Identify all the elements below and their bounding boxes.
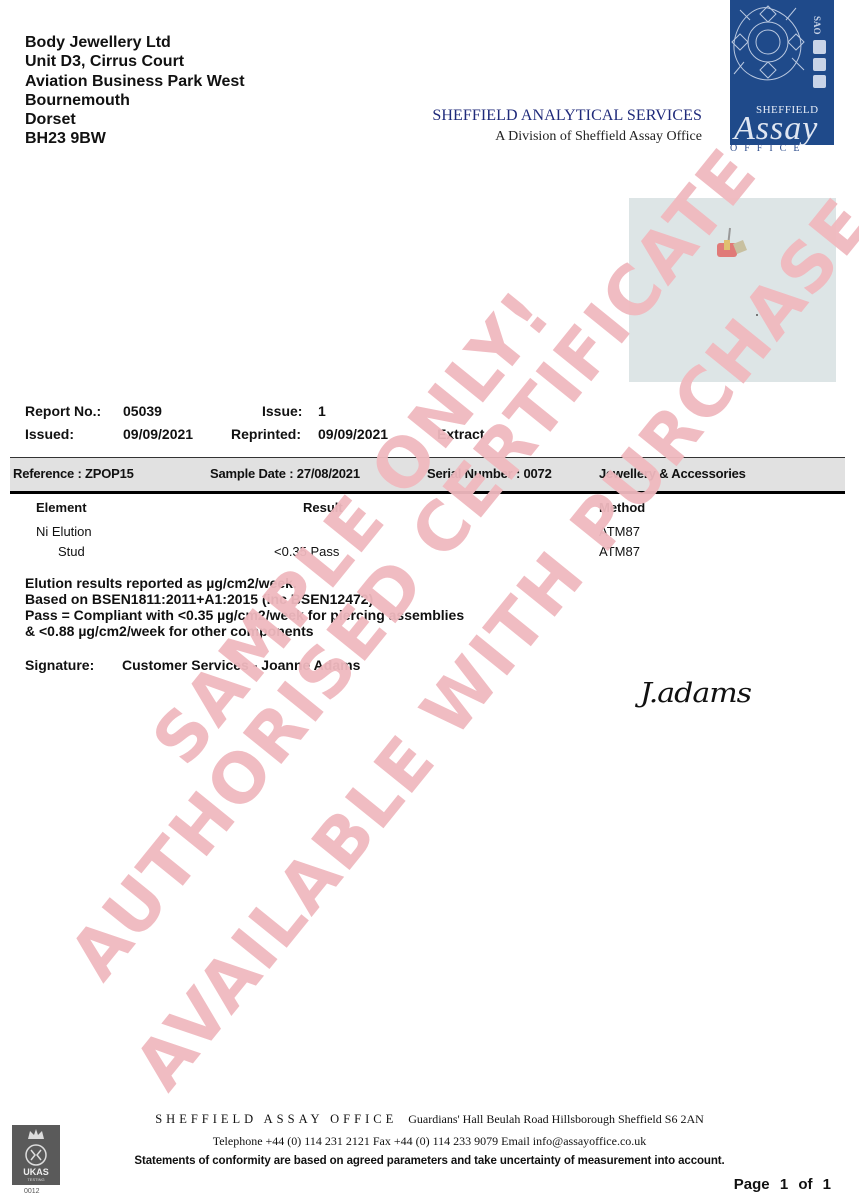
issued-value: 09/09/2021 <box>123 426 193 442</box>
footer-address: SHEFFIELD ASSAY OFFICE Guardians' Hall B… <box>0 1112 859 1127</box>
note-line: Pass = Compliant with <0.35 µg/cm2/week … <box>25 607 464 623</box>
issue-label: Issue: <box>262 403 302 419</box>
footer-org: SHEFFIELD ASSAY OFFICE <box>155 1112 397 1126</box>
signature-label: Signature: <box>25 657 94 673</box>
row-method: ATM87 <box>599 524 640 539</box>
row-result: <0.35 Pass <box>274 544 339 559</box>
handwritten-signature: J.adams <box>640 678 751 710</box>
note-line: Elution results reported as µg/cm2/week. <box>25 575 464 591</box>
page-number: Page 1 of 1 <box>734 1176 831 1193</box>
address-line: Dorset <box>25 110 245 129</box>
lab-division: A Division of Sheffield Assay Office <box>495 129 702 145</box>
header-result: Result <box>303 500 343 515</box>
svg-text:TESTING: TESTING <box>27 1177 44 1182</box>
sample-photo <box>629 198 836 382</box>
footer-address-text: Guardians' Hall Beulah Road Hillsborough… <box>408 1112 704 1126</box>
reference-band: Reference : ZPOP15 Sample Date : 27/08/2… <box>10 457 845 494</box>
row-element: Ni Elution <box>36 524 92 539</box>
logo-assay-text: Assay <box>734 110 818 145</box>
svg-text:UKAS: UKAS <box>23 1167 49 1177</box>
footer-contact: Telephone +44 (0) 114 231 2121 Fax +44 (… <box>0 1134 859 1149</box>
report-no-label: Report No.: <box>25 403 101 419</box>
row-element: Stud <box>58 544 85 559</box>
recipient-address: Body Jewellery Ltd Unit D3, Cirrus Court… <box>25 33 245 149</box>
row-method: ATM87 <box>599 544 640 559</box>
address-line: Aviation Business Park West <box>25 72 245 91</box>
issue-value: 1 <box>318 403 326 419</box>
reprinted-label: Reprinted: <box>231 426 301 442</box>
category: Jewellery & Accessories <box>599 466 746 481</box>
reference: Reference : ZPOP15 <box>13 466 134 481</box>
watermark-line: SAMPLE ONLY! <box>138 276 567 780</box>
reprinted-value: 09/09/2021 <box>318 426 388 442</box>
signature-signer: Customer Services - Joanne Adams <box>122 657 360 673</box>
report-type: Extract <box>437 426 484 442</box>
address-line: BH23 9BW <box>25 129 245 148</box>
ukas-number: 0012 <box>24 1188 40 1195</box>
notes: Elution results reported as µg/cm2/week.… <box>25 575 464 639</box>
sample-date: Sample Date : 27/08/2021 <box>210 466 360 481</box>
address-line: Unit D3, Cirrus Court <box>25 52 245 71</box>
note-line: Based on BSEN1811:2011+A1:2015 (inc BSEN… <box>25 591 464 607</box>
tudor-rose-icon: SAO <box>730 0 834 110</box>
serial-number: Serial Number : 0072 <box>427 466 552 481</box>
note-line: & <0.88 µg/cm2/week for other components <box>25 623 464 639</box>
issued-label: Issued: <box>25 426 74 442</box>
address-line: Body Jewellery Ltd <box>25 33 245 52</box>
logo-office-text: OFFICE <box>730 143 806 154</box>
footer-statement: Statements of conformity are based on ag… <box>0 1155 859 1167</box>
lab-name: SHEFFIELD ANALYTICAL SERVICES <box>432 107 702 125</box>
header-method: Method <box>599 500 645 515</box>
stud-earring-photo <box>629 198 836 382</box>
svg-text:SAO: SAO <box>812 16 822 35</box>
assay-office-logo: SAO SHEFFIELD Assay <box>730 0 834 145</box>
header-element: Element <box>36 500 87 515</box>
report-no-value: 05039 <box>123 403 162 419</box>
address-line: Bournemouth <box>25 91 245 110</box>
